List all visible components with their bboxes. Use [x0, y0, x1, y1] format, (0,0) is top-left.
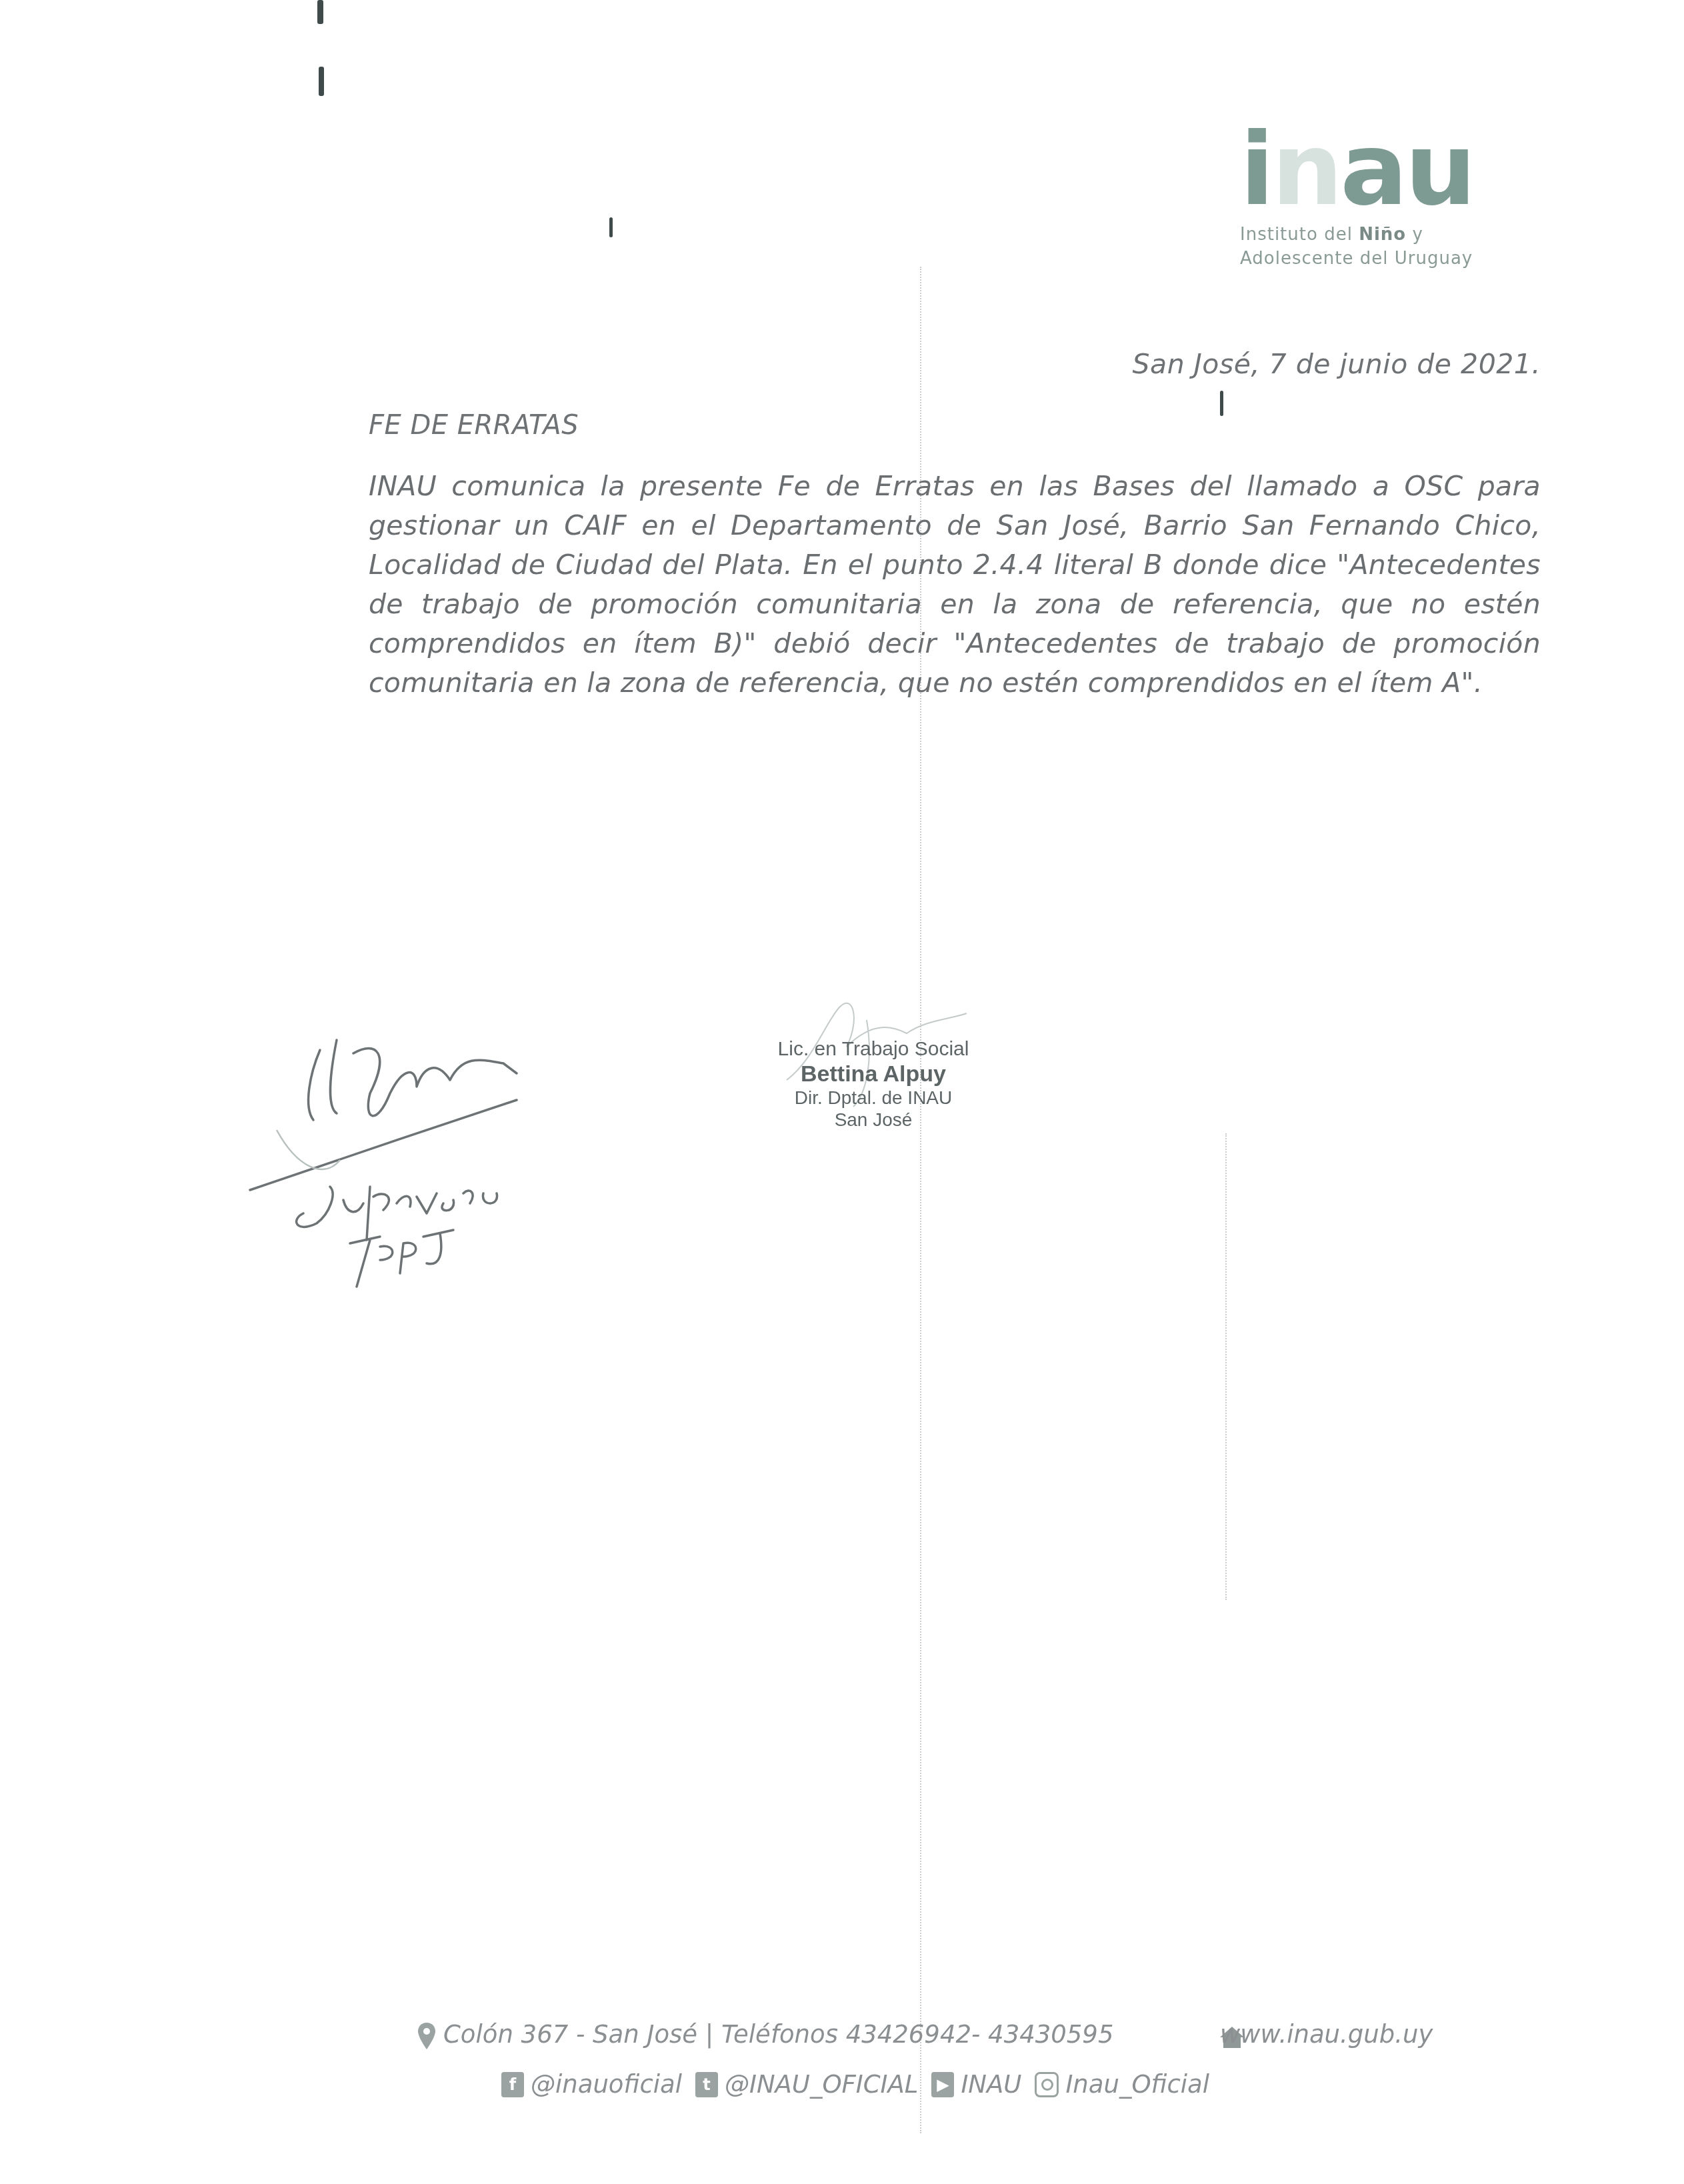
scan-artifact	[317, 0, 323, 24]
facebook-icon: f	[501, 2072, 524, 2097]
stamp-title: Lic. en Trabajo Social	[760, 1037, 987, 1061]
footer-address: Colón 367 - San José | Teléfonos 4342694…	[443, 2020, 1113, 2049]
twitter-icon: t	[695, 2072, 718, 2097]
footer-social: f @inauoficial t @INAU_OFICIAL ▶ INAU In…	[501, 2070, 1215, 2099]
logo-wordmark: inau	[1240, 130, 1520, 213]
scan-artifact	[319, 67, 324, 96]
instagram-icon	[1035, 2072, 1059, 2097]
scan-artifact	[609, 217, 613, 237]
handwritten-signature	[237, 1013, 570, 1307]
stamp-location: San José	[760, 1109, 987, 1131]
footer-website-link[interactable]: www.inau.gub.uy	[1220, 2020, 1433, 2049]
social-twitter[interactable]: t @INAU_OFICIAL	[695, 2070, 918, 2099]
logo-subtitle: Instituto del Niño y Adolescente del Uru…	[1240, 223, 1520, 271]
inau-logo: inau Instituto del Niño y Adolescente de…	[1240, 130, 1520, 271]
youtube-icon: ▶	[931, 2072, 954, 2097]
social-youtube[interactable]: ▶ INAU	[931, 2070, 1021, 2099]
scan-artifact	[1225, 1133, 1228, 1600]
document-body: INAU comunica la presente Fe de Erratas …	[369, 467, 1541, 703]
scan-artifact	[1220, 391, 1223, 416]
social-instagram[interactable]: Inau_Oficial	[1035, 2070, 1209, 2099]
stamp-name: Bettina Alpuy	[760, 1061, 987, 1087]
location-pin-icon	[417, 2021, 437, 2051]
document-date: San José, 7 de junio de 2021.	[1133, 348, 1541, 380]
document-heading: FE DE ERRATAS	[369, 410, 579, 441]
official-stamp: Lic. en Trabajo Social Bettina Alpuy Dir…	[760, 1037, 987, 1131]
social-facebook[interactable]: f @inauoficial	[501, 2070, 682, 2099]
stamp-role: Dir. Dptal. de INAU	[760, 1087, 987, 1109]
